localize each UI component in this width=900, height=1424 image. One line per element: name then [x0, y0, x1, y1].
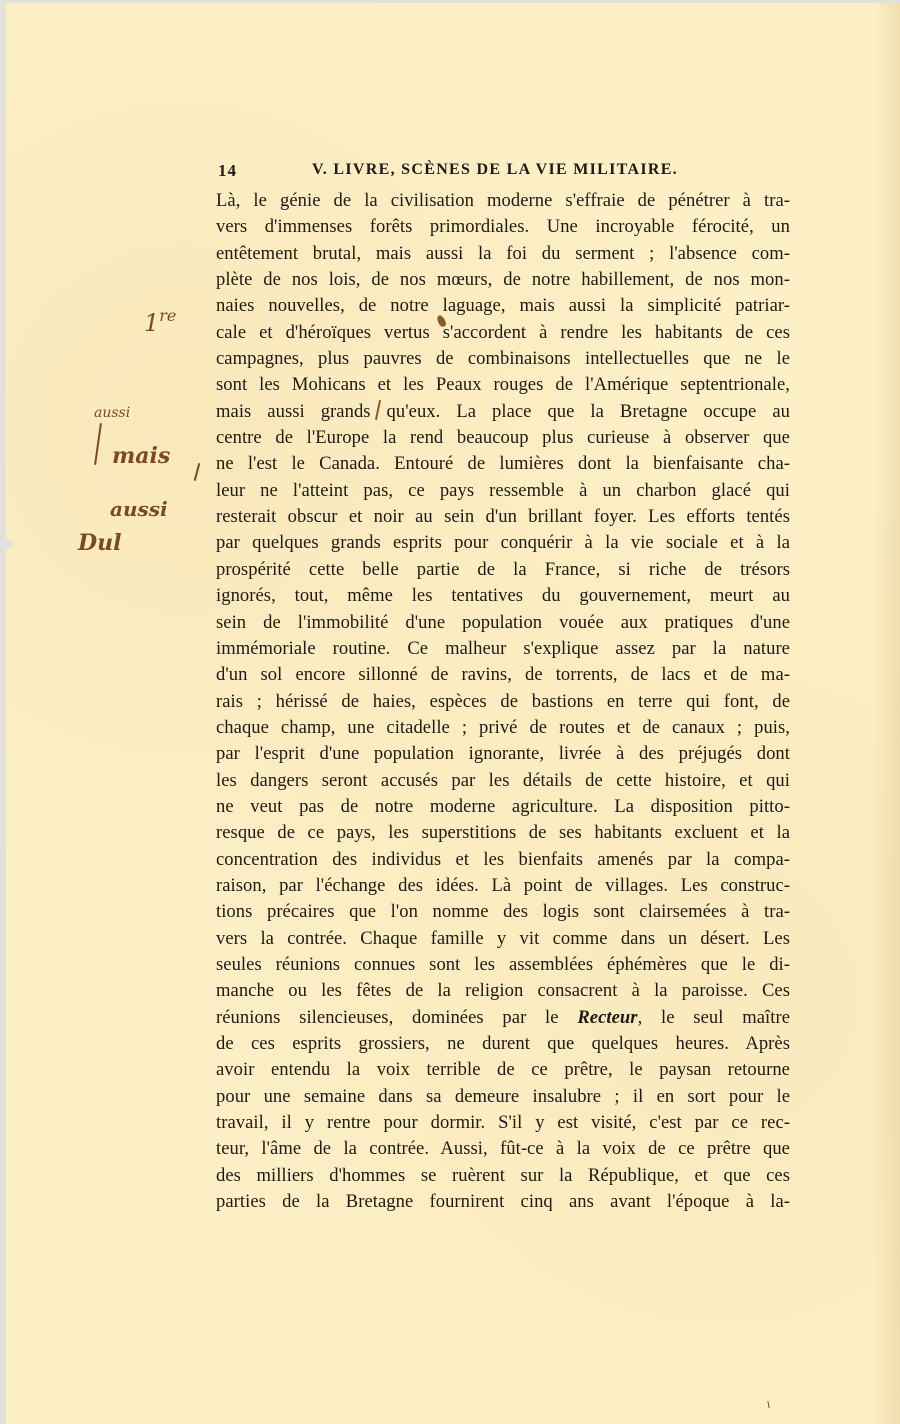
- text-segment: réunions silencieuses, dominées par le: [216, 1007, 559, 1028]
- margin-note-struck: mais: [112, 443, 170, 469]
- text-line: par quelques grands esprits pour conquér…: [216, 530, 790, 556]
- margin-note-first: 1re: [144, 306, 176, 337]
- page-number: 14: [218, 161, 237, 181]
- margin-insertion-mark: [94, 423, 102, 465]
- margin-note-aussi-2: aussi: [110, 497, 168, 521]
- text-line: tions précaires que l'on nomme des logis…: [216, 899, 790, 925]
- page-edge-notch: [6, 538, 15, 550]
- text-line: Là, le génie de la civilisation moderne …: [216, 188, 790, 214]
- text-line: d'un sol encore sillonné de ravins, de t…: [216, 662, 790, 688]
- text-line: avoir entendu la voix terrible de ce prê…: [216, 1057, 790, 1083]
- text-line: naies nouvelles, de notre laguage, mais …: [216, 293, 790, 319]
- text-line: centre de l'Europe la rend beaucoup plus…: [216, 425, 790, 451]
- text-line: mais aussi grands qu'eux. La place que l…: [216, 399, 790, 425]
- margin-note-superscript: re: [159, 306, 176, 325]
- text-line: vers la contrée. Chaque famille y vit co…: [216, 926, 790, 952]
- text-line: concentration des individus et les bienf…: [216, 847, 790, 873]
- text-line: rais ; hérissé de haies, espèces de bast…: [216, 689, 790, 715]
- text-line: ne veut pas de notre moderne agriculture…: [216, 794, 790, 820]
- text-line: leur ne l'atteint pas, ce pays ressemble…: [216, 478, 790, 504]
- text-line: seules réunions connues sont les assembl…: [216, 952, 790, 978]
- text-line: entêtement brutal, mais aussi la foi du …: [216, 241, 790, 267]
- text-line: resterait obscur et noir au sein d'un br…: [216, 504, 790, 530]
- text-line: parties de la Bretagne fournirent cinq a…: [216, 1189, 790, 1215]
- text-line: plète de nos lois, de nos mœurs, de notr…: [216, 267, 790, 293]
- text-line: sein de l'immobilité d'une population vo…: [216, 610, 790, 636]
- running-head-title: V. LIVRE, SCÈNES DE LA VIE MILITAIRE.: [312, 161, 678, 179]
- text-line: ne l'est le Canada. Entouré de lumières …: [216, 451, 790, 477]
- text-line: resque de ce pays, les superstitions de …: [216, 820, 790, 846]
- paper-speck: [767, 1401, 769, 1408]
- text-line: pour une semaine dans sa demeure insalub…: [216, 1084, 790, 1110]
- recteur-italic: Recteur: [577, 1007, 637, 1028]
- text-line: sont les Mohicans et les Peaux rouges de…: [216, 372, 790, 398]
- text-line: cale et d'héroïques vertus s'accordent à…: [216, 320, 790, 346]
- running-head: 14 V. LIVRE, SCÈNES DE LA VIE MILITAIRE.: [216, 159, 790, 181]
- text-segment: , le seul maître: [638, 1007, 790, 1028]
- text-line: immémoriale routine. Ce malheur s'expliq…: [216, 636, 790, 662]
- margin-note-aussi: aussi: [94, 405, 130, 421]
- text-line: chaque champ, une citadelle ; privé de r…: [216, 715, 790, 741]
- text-line: raison, par l'échange des idées. Là poin…: [216, 873, 790, 899]
- text-line: par l'esprit d'une population ignorante,…: [216, 741, 790, 767]
- book-page: 14 V. LIVRE, SCÈNES DE LA VIE MILITAIRE.…: [6, 3, 900, 1424]
- text-line-recteur: réunions silencieuses, dominées par le R…: [216, 1005, 790, 1031]
- text-line: teur, l'âme de la contrée. Aussi, fût-ce…: [216, 1136, 790, 1162]
- text-line: prospérité cette belle partie de la Fran…: [216, 557, 790, 583]
- text-line: vers d'immenses forêts primordiales. Une…: [216, 214, 790, 240]
- text-line: ignorés, tout, même les tentatives du go…: [216, 583, 790, 609]
- text-line: manche ou les fêtes de la religion consa…: [216, 978, 790, 1004]
- margin-insertion-mark: [194, 463, 201, 481]
- text-line: campagnes, plus pauvres de combinaisons …: [216, 346, 790, 372]
- text-line: des milliers d'hommes se ruèrent sur la …: [216, 1163, 790, 1189]
- body-text: Là, le génie de la civilisation moderne …: [216, 188, 790, 1215]
- margin-note-text: 1: [144, 309, 159, 337]
- text-line: de ces esprits grossiers, ne durent que …: [216, 1031, 790, 1057]
- text-line: travail, il y rentre pour dormir. S'il y…: [216, 1110, 790, 1136]
- margin-note-dul: Dul: [78, 530, 121, 556]
- text-line: les dangers seront accusés par les détai…: [216, 768, 790, 794]
